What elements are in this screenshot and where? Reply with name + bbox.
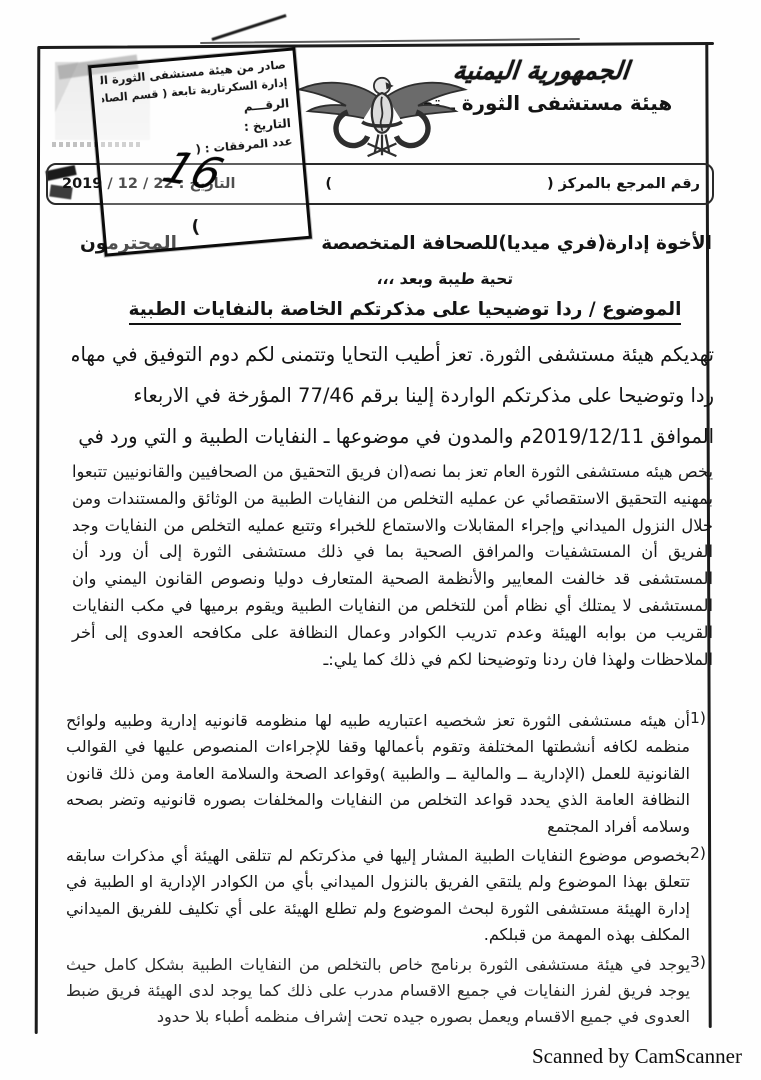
opening-line-3: الموافق 2019/12/11م والمدون في موضوعها ـ… <box>72 416 714 458</box>
list-item-text: بخصوص موضوع النفايات الطبية المشار إليها… <box>66 843 690 949</box>
list-item: 1) أن هيئه مستشفى الثورة تعز شخصيه اعتبا… <box>66 708 714 840</box>
subject-line: الموضوع / ردا توضيحيا على مذكرتكم الخاصة… <box>129 299 682 325</box>
scanned-letter-page: الجمهورية اليمنية هيئة مستشفى الثورة ـ ت… <box>0 0 761 1080</box>
stamp-stray-stroke <box>211 14 286 41</box>
reference-number-close-paren: ) <box>325 176 332 192</box>
list-item: 2) بخصوص موضوع النفايات الطبية المشار إل… <box>66 843 714 949</box>
list-item-text: يوجد في هيئة مستشفى الثورة برنامج خاص با… <box>66 952 690 1031</box>
opening-line-1: تهديكم هيئة مستشفى الثورة. تعز أطيب التح… <box>72 334 714 376</box>
list-item-number: 2) <box>690 843 714 949</box>
main-body-paragraph: يخص هيئه مستشفى الثورة العام تعز بما نصه… <box>72 459 713 673</box>
opening-paragraph: تهديكم هيئة مستشفى الثورة. تعز أطيب التح… <box>72 334 714 457</box>
camscanner-watermark: Scanned by CamScanner <box>532 1044 752 1069</box>
salutation: تحية طيبة وبعد ،،، <box>319 270 570 288</box>
list-item-text: أن هيئه مستشفى الثورة تعز شخصيه اعتباريه… <box>66 708 690 840</box>
subject-row: الموضوع / ردا توضيحيا على مذكرتكم الخاصة… <box>120 299 690 325</box>
page-border-top <box>38 42 714 49</box>
stamp-attachments-paren: ) <box>191 216 201 238</box>
list-item: 3) يوجد في هيئة مستشفى الثورة برنامج خاص… <box>66 952 714 1031</box>
reference-number-label: رقم المرجع بالمركز ( <box>547 176 700 192</box>
registry-stamp: صادر من هيئة مستشفى الثورة العام بتعز إد… <box>88 47 312 256</box>
clarification-list: 1) أن هيئه مستشفى الثورة تعز شخصيه اعتبا… <box>66 708 714 1034</box>
yemen-eagle-emblem-icon <box>292 56 472 168</box>
opening-line-2: ردا وتوضيحا على مذكرتكم الواردة إلينا بر… <box>72 375 714 417</box>
page-border-left <box>35 46 41 1034</box>
list-item-number: 1) <box>690 708 714 840</box>
addressee-name: الأخوة إدارة(فري ميديا)للصحافة المتخصصة <box>321 233 712 254</box>
list-item-number: 3) <box>690 952 714 1031</box>
